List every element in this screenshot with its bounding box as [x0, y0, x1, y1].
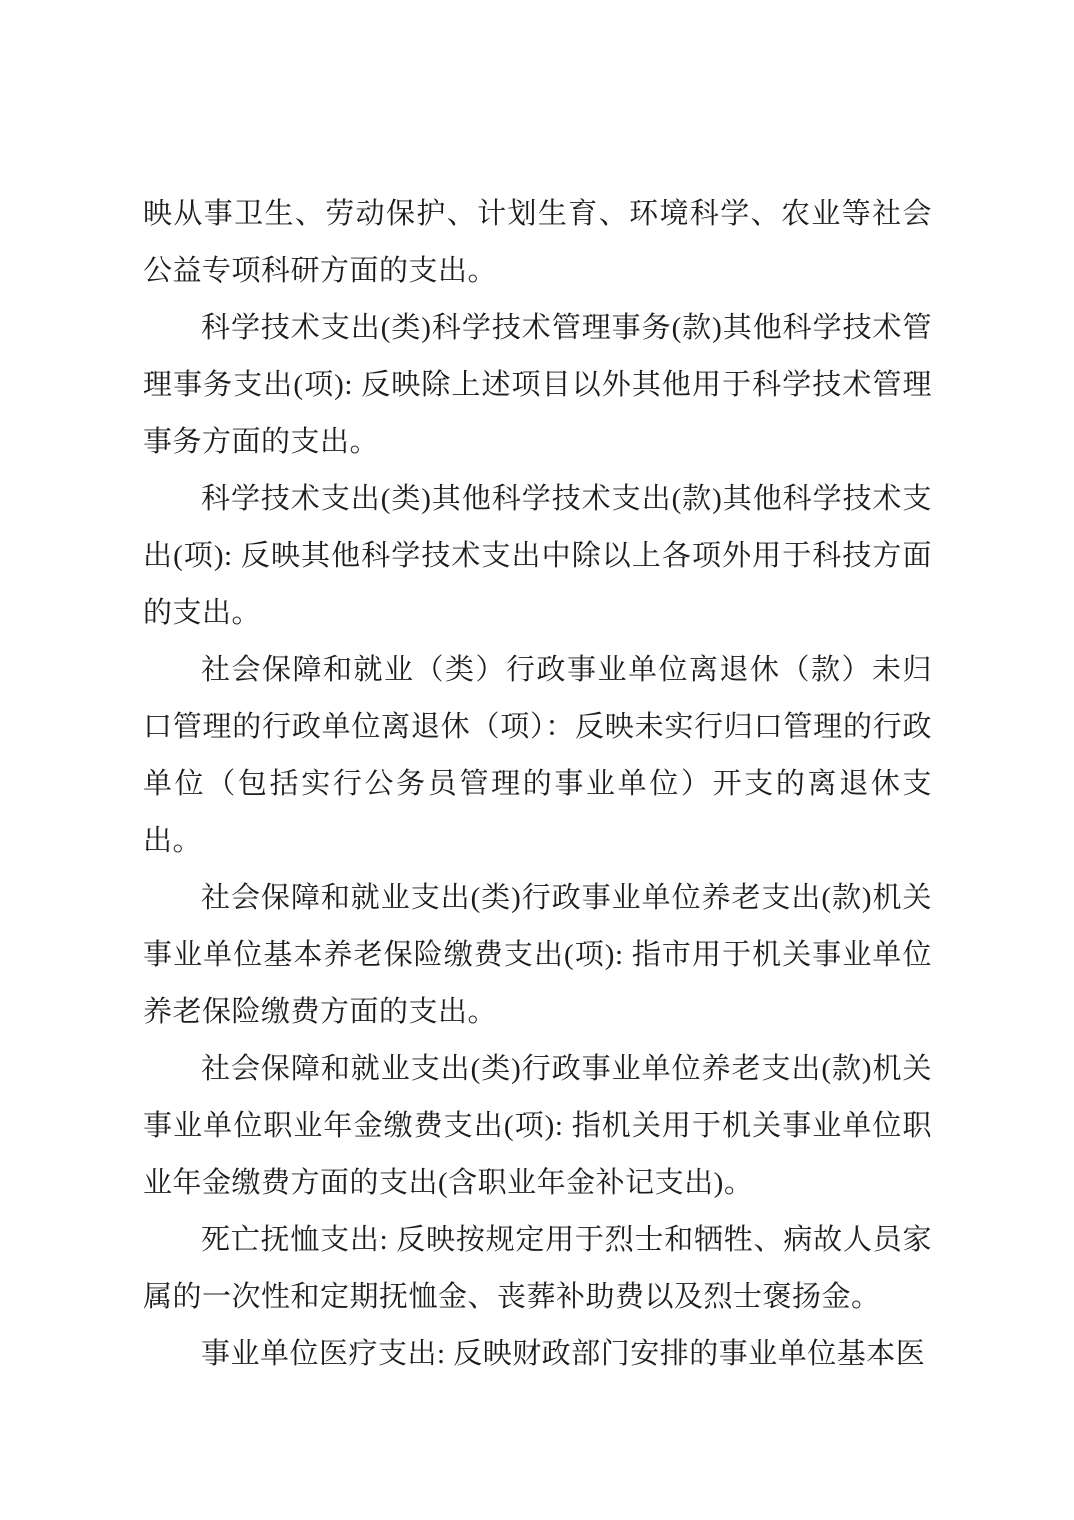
paragraph-institution-medical: 事业单位医疗支出: 反映财政部门安排的事业单位基本医 — [143, 1326, 932, 1383]
document-text-block: 映从事卫生、劳动保护、计划生育、环境科学、农业等社会公益专项科研方面的支出。 科… — [143, 186, 932, 1383]
paragraph-occupational-annuity: 社会保障和就业支出(类)行政事业单位养老支出(款)机关事业单位职业年金缴费支出(… — [143, 1041, 932, 1212]
paragraph-other-science-tech: 科学技术支出(类)其他科学技术支出(款)其他科学技术支出(项): 反映其他科学技… — [143, 471, 932, 642]
paragraph-continuation-science-research: 映从事卫生、劳动保护、计划生育、环境科学、农业等社会公益专项科研方面的支出。 — [143, 186, 932, 300]
document-page: 映从事卫生、劳动保护、计划生育、环境科学、农业等社会公益专项科研方面的支出。 科… — [0, 0, 1074, 1520]
paragraph-death-compensation: 死亡抚恤支出: 反映按规定用于烈士和牺牲、病故人员家属的一次性和定期抚恤金、丧葬… — [143, 1212, 932, 1326]
paragraph-basic-pension-contribution: 社会保障和就业支出(类)行政事业单位养老支出(款)机关事业单位基本养老保险缴费支… — [143, 870, 932, 1041]
paragraph-social-security-retirement: 社会保障和就业（类）行政事业单位离退休（款）未归口管理的行政单位离退休（项）：反… — [143, 642, 932, 870]
paragraph-science-tech-management: 科学技术支出(类)科学技术管理事务(款)其他科学技术管理事务支出(项): 反映除… — [143, 300, 932, 471]
